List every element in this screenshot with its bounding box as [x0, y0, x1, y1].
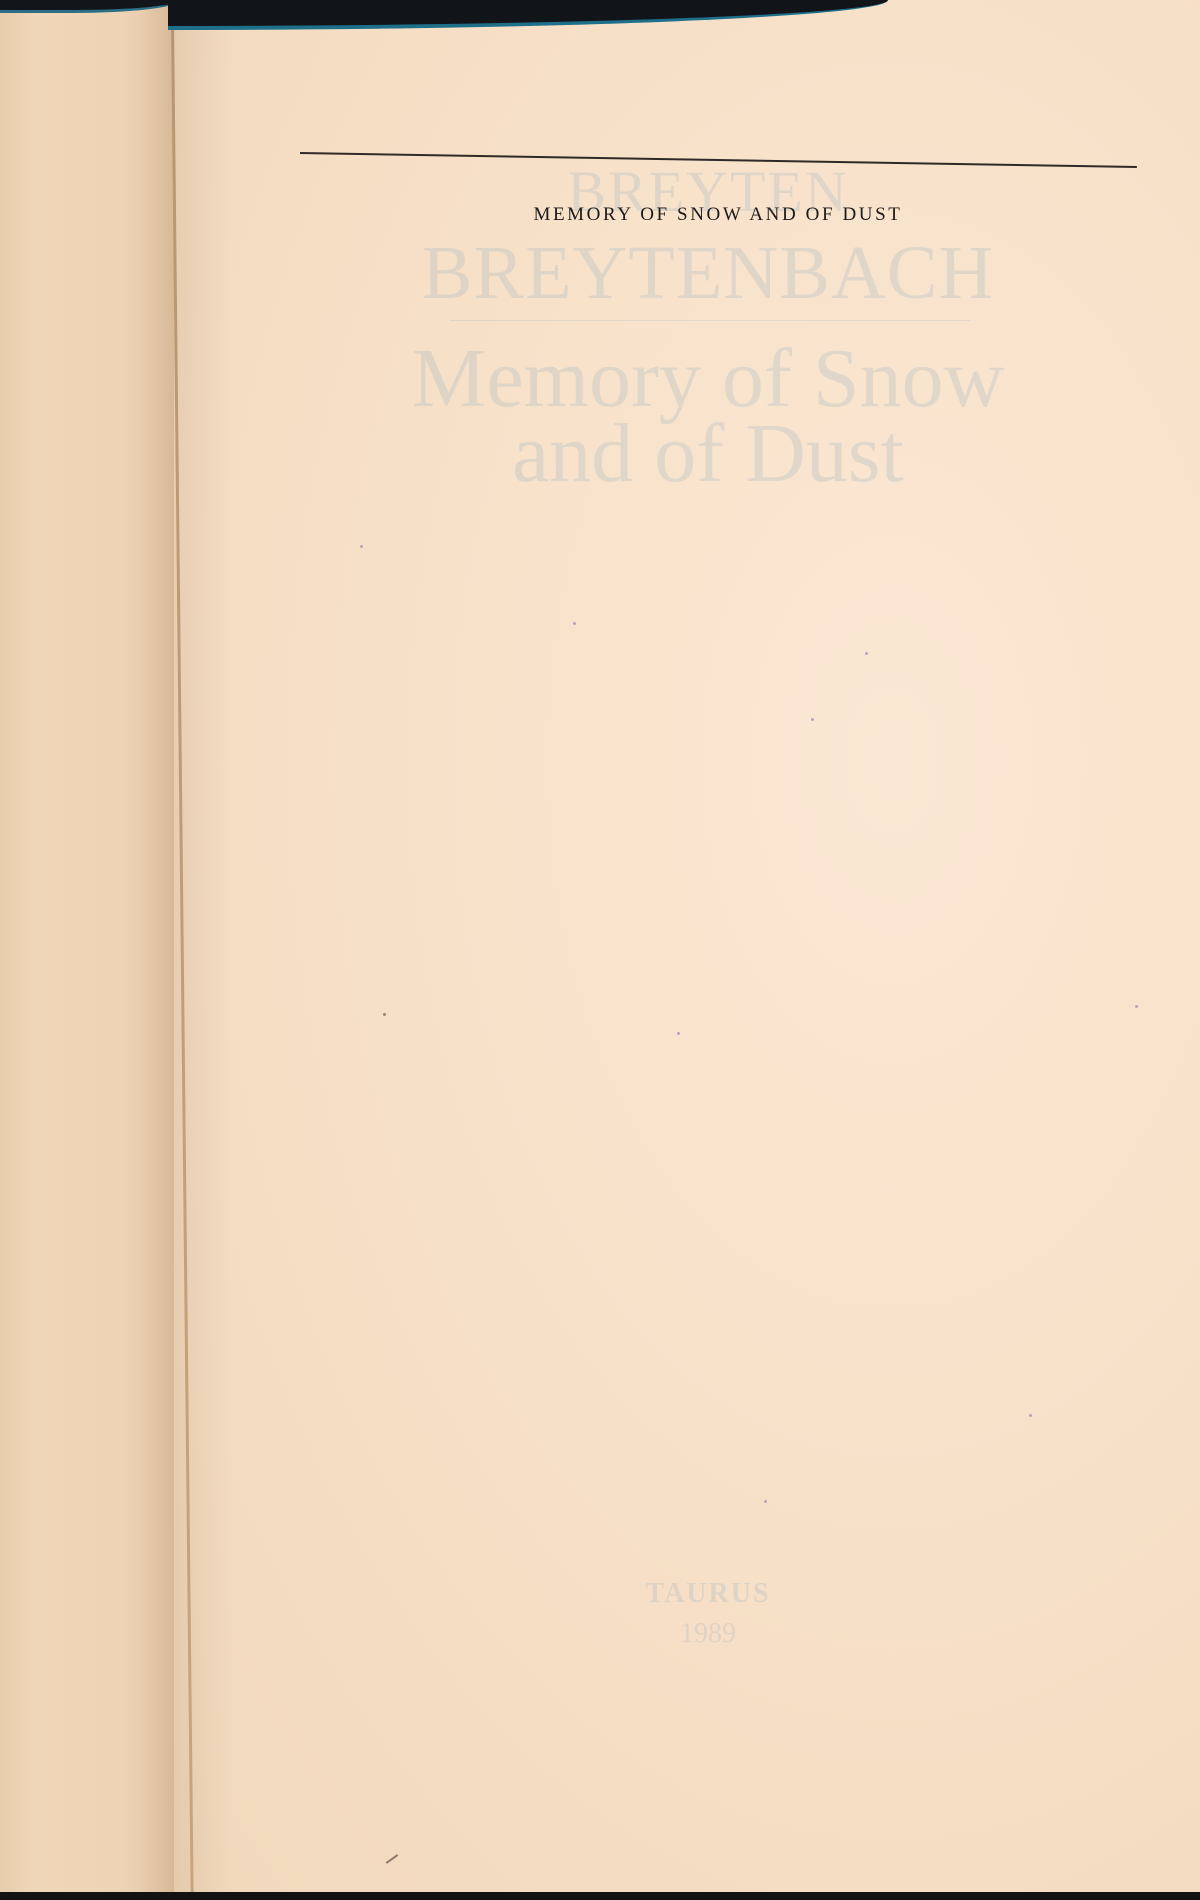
paper-speck — [1029, 1414, 1032, 1417]
paper-speck — [677, 1032, 680, 1035]
paper-speck — [383, 1013, 386, 1016]
paper-speck — [865, 652, 868, 655]
show-through-title-line2: and of Dust — [290, 405, 1126, 502]
paper-speck — [1135, 1005, 1138, 1008]
show-through-rule — [450, 320, 970, 321]
paper-speck — [811, 718, 814, 721]
half-title: MEMORY OF SNOW AND OF DUST — [300, 204, 1136, 226]
show-through-author-last: BREYTENBACH — [290, 230, 1126, 317]
scan-edge-bottom — [0, 1892, 1200, 1900]
paper-speck — [360, 545, 363, 548]
left-page-edge — [0, 0, 178, 1900]
paper-speck — [573, 622, 576, 625]
paper-speck — [764, 1500, 767, 1503]
show-through-year: 1989 — [290, 1618, 1126, 1650]
show-through-publisher: TAURUS — [290, 1578, 1126, 1610]
book-spread: BREYTEN BREYTENBACH Memory of Snow and o… — [0, 0, 1200, 1900]
left-page-shadow — [138, 0, 178, 1900]
